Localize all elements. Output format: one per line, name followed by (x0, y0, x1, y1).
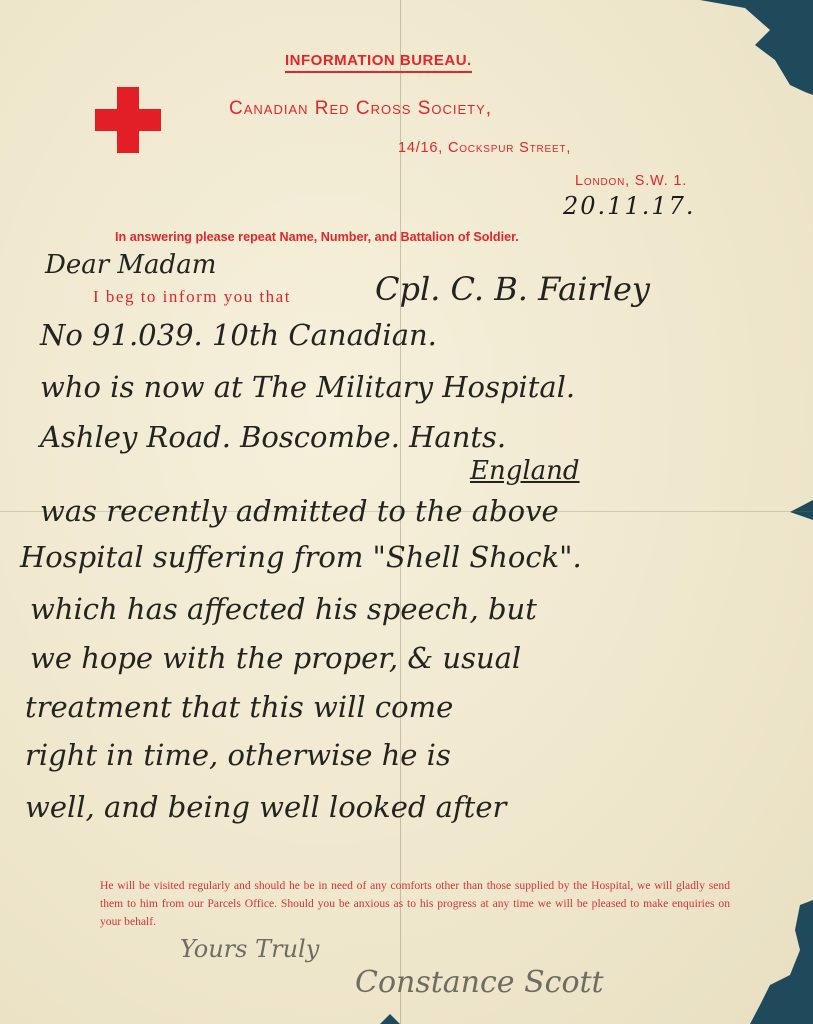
society-address: 14/16, Cockspur Street, (398, 140, 571, 156)
letter-line: which has affected his speech, but (30, 592, 537, 626)
letter-line: Ashley Road. Boscombe. Hants. (40, 420, 506, 454)
valediction: Yours Truly (180, 935, 319, 963)
footer-notice-text: He will be visited regularly and should … (100, 877, 730, 931)
letterhead-title: INFORMATION BUREAU. (285, 52, 472, 73)
reply-instruction: In answering please repeat Name, Number,… (115, 230, 519, 244)
letter-line: No 91.039. 10th Canadian. (40, 318, 437, 352)
red-cross-icon (95, 87, 161, 153)
letter-line: right in time, otherwise he is (25, 738, 451, 772)
letter-line: was recently admitted to the above (40, 494, 559, 528)
salutation: Dear Madam (45, 250, 216, 280)
letter-line: we hope with the proper, & usual (30, 641, 521, 675)
printed-intro: I beg to inform you that (93, 287, 291, 307)
letter-date: 20.11.17. (563, 192, 696, 220)
letter-line: who is now at The Military Hospital. (40, 370, 575, 404)
letter-line: England (470, 456, 580, 486)
letter-line: treatment that this will come (25, 690, 453, 724)
letter-line: well, and being well looked after (25, 790, 506, 824)
letter-line: Hospital suffering from "Shell Shock". (20, 540, 582, 574)
society-name: Canadian Red Cross Society, (229, 98, 492, 120)
signature: Constance Scott (355, 965, 604, 1000)
footer-notice: He will be visited regularly and should … (100, 877, 730, 931)
society-city: London, S.W. 1. (575, 173, 687, 189)
soldier-name: Cpl. C. B. Fairley (375, 270, 650, 308)
